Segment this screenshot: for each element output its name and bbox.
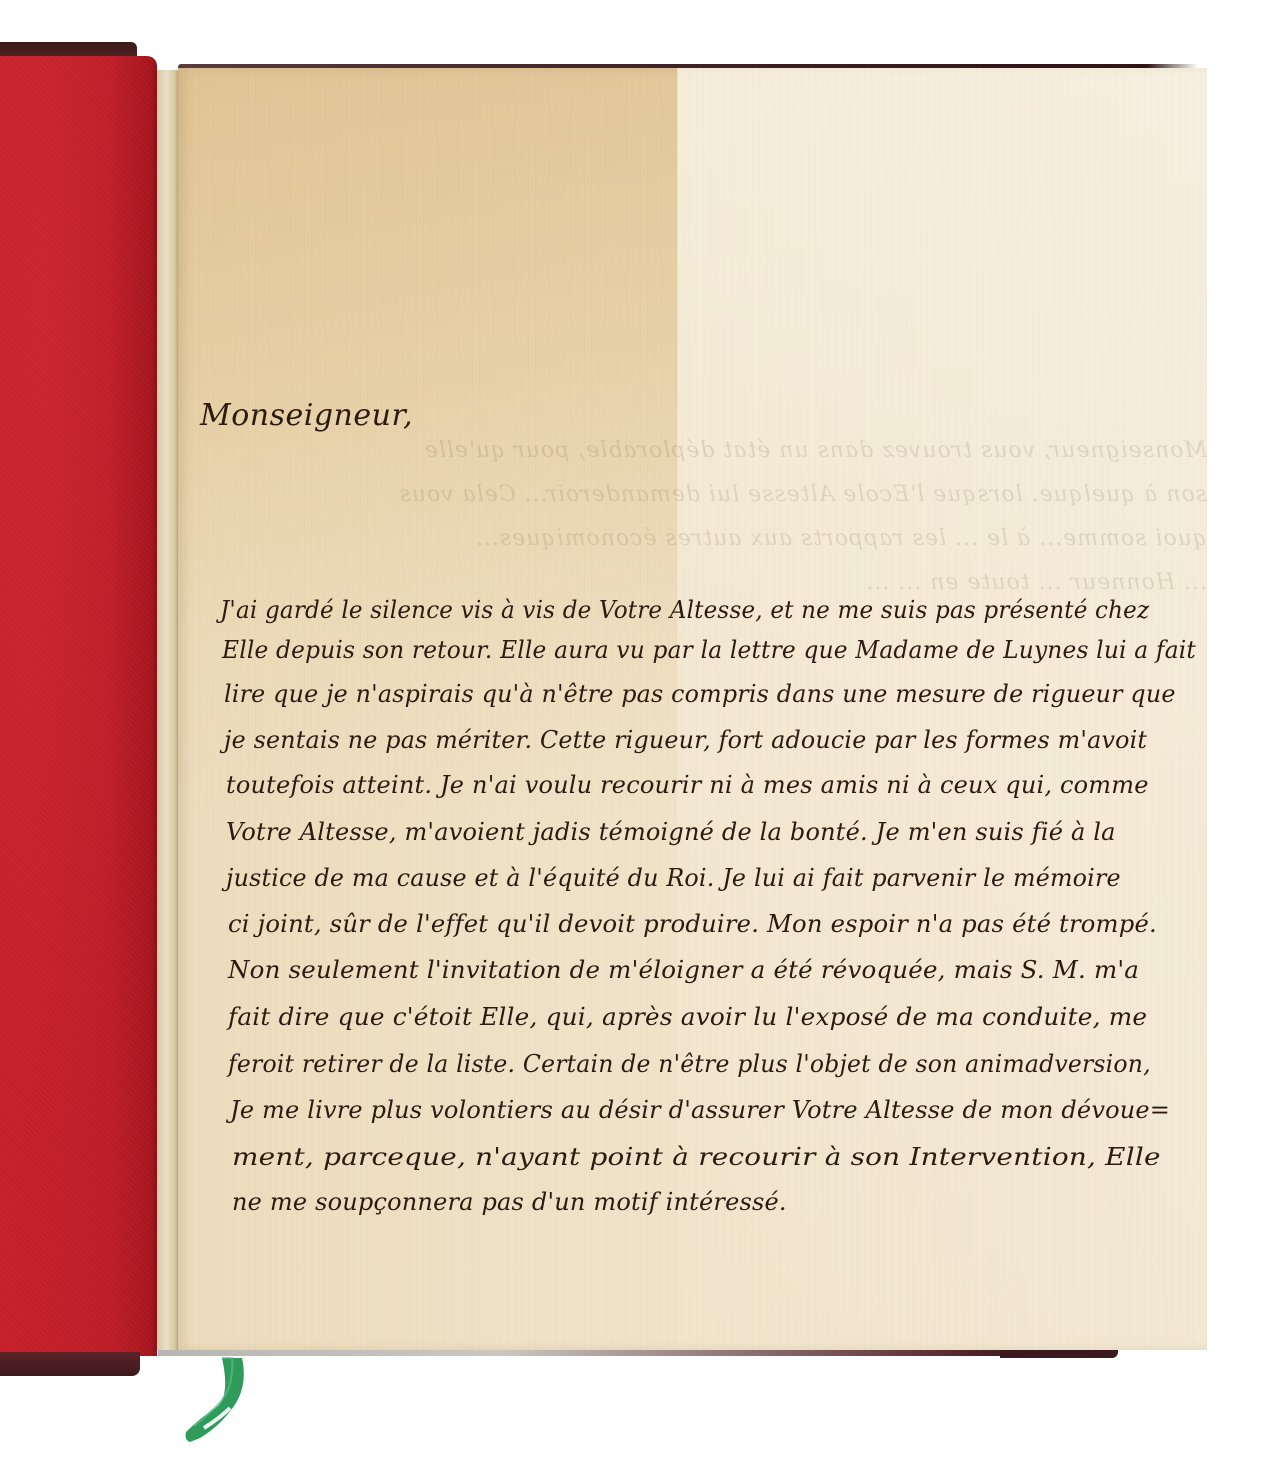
salutation: Monseigneur, (200, 398, 413, 433)
red-cloth-cover (0, 56, 157, 1356)
letter-line: ment, parceque, n'ayant point à recourir… (232, 1143, 1271, 1171)
letter-line: justice de ma cause et à l'équité du Roi… (226, 864, 1176, 892)
letter-line: Elle depuis son retour. Elle aura vu par… (222, 636, 1153, 664)
gutter-hinge (157, 70, 178, 1350)
letter-page: Monseigneur, vous trouvez dans un état d… (178, 68, 1207, 1350)
letter-line: feroit retirer de la liste. Certain de n… (228, 1050, 1169, 1078)
letter-line: ci joint, sûr de l'effet qu'il devoit pr… (228, 910, 1198, 938)
letter-line: toutefois atteint. Je n'ai voulu recouri… (226, 771, 1186, 799)
letter-line: fait dire que c'étoit Elle, qui, après a… (228, 1003, 1217, 1031)
letter-line: lire que je n'aspirais qu'à n'être pas c… (224, 680, 1174, 708)
letter-line: ne me soupçonnera pas d'un motif intéres… (232, 1188, 1192, 1216)
letter-line: Non seulement l'invitation de m'éloigner… (228, 956, 1207, 984)
letter-line: J'ai gardé le silence vis à vis de Votre… (220, 596, 1142, 624)
letter-line: Votre Altesse, m'avoient jadis témoigné … (226, 818, 1186, 846)
letter-text: Monseigneur, J'ai gardé le silence vis à… (178, 68, 1207, 1350)
book-cover-leather-bottom (0, 1352, 140, 1376)
letter-line: je sentais ne pas mériter. Cette rigueur… (224, 726, 1174, 754)
letter-line: Je me livre plus volontiers au désir d'a… (230, 1096, 1190, 1124)
ribbon-bookmark (160, 1356, 255, 1446)
